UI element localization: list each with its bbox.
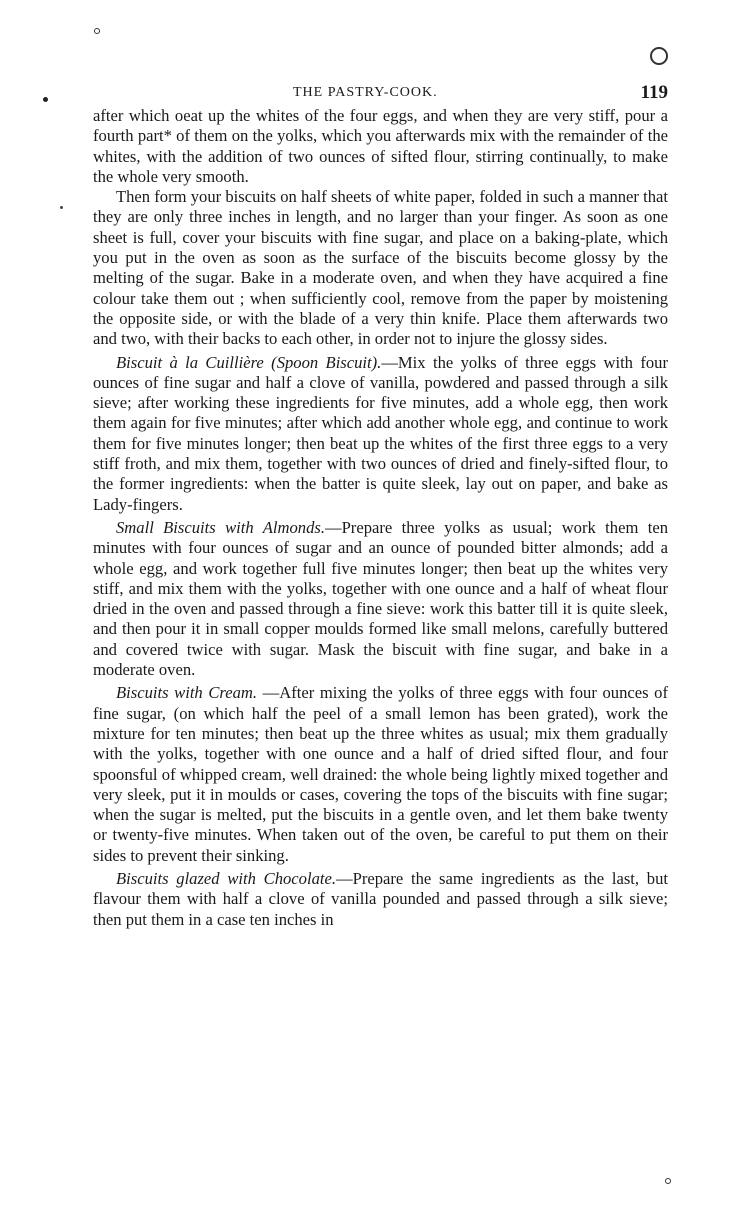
recipe-heading: Biscuits glazed with Chocolate. bbox=[116, 869, 336, 888]
scan-speck-mark bbox=[43, 97, 48, 102]
scan-speck-mark bbox=[94, 28, 100, 34]
page-header: THE PASTRY-COOK. 119 bbox=[93, 82, 668, 108]
page-body: after which oeat up the whites of the fo… bbox=[93, 106, 668, 930]
paragraph-text: —Prepare three yolks as usual; work them… bbox=[93, 518, 668, 679]
recipe-heading: Small Biscuits with Almonds. bbox=[116, 518, 325, 537]
recipe-biscuits-chocolate: Biscuits glazed with Chocolate.—Prepare … bbox=[93, 869, 668, 930]
paragraph: after which oeat up the whites of the fo… bbox=[93, 106, 668, 187]
recipe-heading: Biscuits with Cream. bbox=[116, 683, 257, 702]
running-title: THE PASTRY-COOK. bbox=[293, 85, 438, 101]
scan-speck-mark bbox=[60, 206, 63, 209]
paragraph-text: Then form your biscuits on half sheets o… bbox=[93, 187, 668, 348]
paragraph-text: —Mix the yolks of three eggs with four o… bbox=[93, 353, 668, 514]
recipe-spoon-biscuit: Biscuit à la Cuillière (Spoon Biscuit).—… bbox=[93, 353, 668, 515]
paragraph: Then form your biscuits on half sheets o… bbox=[93, 187, 668, 349]
recipe-heading: Biscuit à la Cuillière (Spoon Biscuit). bbox=[116, 353, 381, 372]
recipe-small-biscuits-almonds: Small Biscuits with Almonds.—Prepare thr… bbox=[93, 518, 668, 680]
recipe-biscuits-cream: Biscuits with Cream. —After mixing the y… bbox=[93, 683, 668, 866]
scan-speck-mark bbox=[665, 1178, 671, 1184]
paragraph-text: after which oeat up the whites of the fo… bbox=[93, 106, 668, 186]
page-number: 119 bbox=[641, 82, 668, 104]
scan-ring-mark bbox=[650, 47, 668, 65]
paragraph-text: —After mixing the yolks of three eggs wi… bbox=[93, 683, 668, 864]
